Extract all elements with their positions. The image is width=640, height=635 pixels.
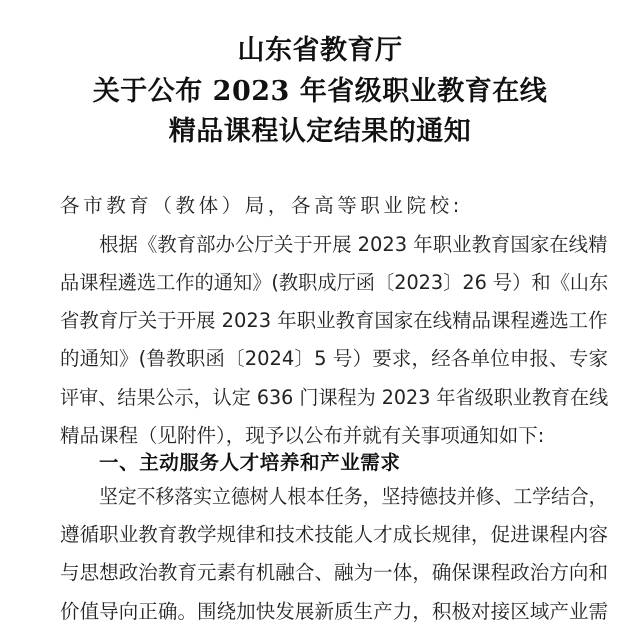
paragraph1-line: 的通知》(鲁教职函〔2024〕5 号）要求，经各单位申报、专家 bbox=[60, 344, 608, 374]
paragraph1-line: 省教育厅关于开展 2023 年职业教育国家在线精品课程遴选工作 bbox=[60, 306, 608, 336]
paragraph1-line: 品课程遴选工作的通知》(教职成厅函〔2023〕26 号）和《山东 bbox=[60, 268, 608, 298]
paragraph1-line: 评审、结果公示，认定 636 门课程为 2023 年省级职业教育在线 bbox=[60, 383, 608, 413]
paragraph2-line: 价值导向正确。围绕加快发展新质生产力，积极对接区域产业需 bbox=[60, 597, 608, 627]
notice-title-line-2: 精品课程认定结果的通知 bbox=[0, 112, 640, 153]
paragraph2-line: 与思想政治教育元素有机融合、融为一体，确保课程政治方向和 bbox=[60, 558, 608, 588]
salutation: 各市教育（教体）局，各高等职业院校: bbox=[60, 191, 608, 221]
paragraph1-line: 根据《教育部办公厅关于开展 2023 年职业教育国家在线精 bbox=[99, 230, 608, 260]
document-page: 山东省教育厅 关于公布 2023 年省级职业教育在线 精品课程认定结果的通知 各… bbox=[0, 0, 640, 635]
section-heading: 一、主动服务人才培养和产业需求 bbox=[99, 448, 401, 478]
paragraph2-line: 坚定不移落实立德树人根本任务，坚持德技并修、工学结合， bbox=[99, 482, 608, 512]
document-title: 山东省教育厅 关于公布 2023 年省级职业教育在线 精品课程认定结果的通知 bbox=[0, 31, 640, 153]
paragraph1-line: 精品课程（见附件），现予以公布并就有关事项通知如下: bbox=[60, 421, 608, 451]
notice-title-line-1: 关于公布 2023 年省级职业教育在线 bbox=[0, 72, 640, 113]
issuer-title: 山东省教育厅 bbox=[0, 31, 640, 72]
paragraph2-line: 遵循职业教育教学规律和技术技能人才成长规律，促进课程内容 bbox=[60, 520, 608, 550]
